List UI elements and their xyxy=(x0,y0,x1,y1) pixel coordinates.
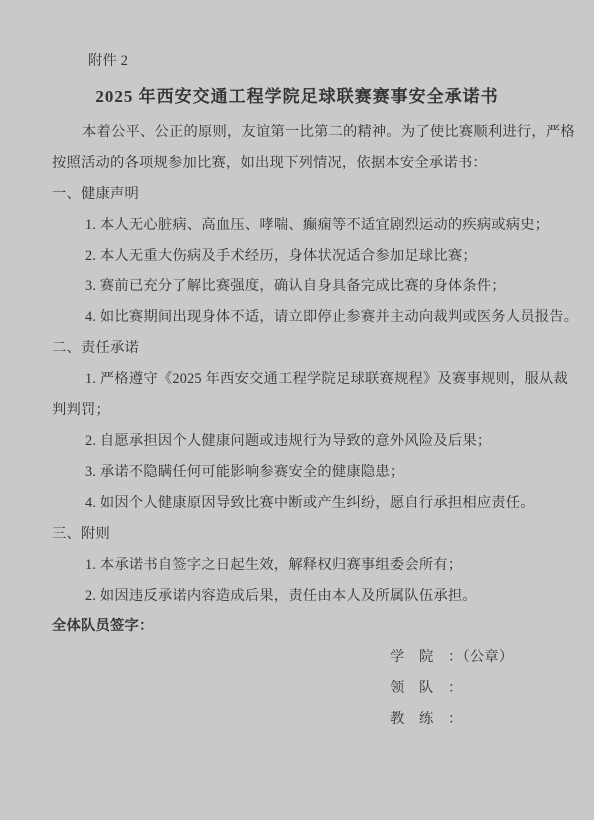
section-heading-supplementary: 三、附则 xyxy=(52,519,542,550)
document-page: 附件 2 2025 年西安交通工程学院足球联赛赛事安全承诺书 本着公平、公正的原… xyxy=(0,0,594,820)
supplementary-item-2: 2. 如因违反承诺内容造成后果，责任由本人及所属队伍承担。 xyxy=(52,581,542,612)
intro-line-2: 按照活动的各项规参加比赛，如出现下列情况，依据本安全承诺书： xyxy=(52,148,542,179)
responsibility-item-4: 4. 如因个人健康原因导致比赛中断或产生纠纷，愿自行承担相应责任。 xyxy=(52,488,542,519)
responsibility-item-3: 3. 承诺不隐瞒任何可能影响参赛安全的健康隐患； xyxy=(52,457,542,488)
responsibility-item-1-continuation: 判判罚； xyxy=(52,395,542,426)
health-item-2: 2. 本人无重大伤病及手术经历，身体状况适合参加足球比赛； xyxy=(52,241,542,272)
health-item-3: 3. 赛前已充分了解比赛强度，确认自身具备完成比赛的身体条件； xyxy=(52,271,542,302)
document-title: 2025 年西安交通工程学院足球联赛赛事安全承诺书 xyxy=(52,77,542,117)
signature-field-college: 学 院 ：（公章） xyxy=(52,642,542,673)
responsibility-item-1: 1. 严格遵守《2025 年西安交通工程学院足球联赛规程》及赛事规则，服从裁 xyxy=(52,364,542,395)
signature-field-team-leader: 领 队 ： xyxy=(52,673,542,704)
health-item-1: 1. 本人无心脏病、高血压、哮喘、癫痫等不适宜剧烈运动的疾病或病史； xyxy=(52,210,542,241)
section-heading-health: 一、健康声明 xyxy=(52,179,542,210)
health-item-4: 4. 如比赛期间出现身体不适，请立即停止参赛并主动向裁判或医务人员报告。 xyxy=(52,302,542,333)
intro-line-1: 本着公平、公正的原则，友谊第一比第二的精神。为了使比赛顺利进行，严格 xyxy=(52,117,542,148)
signature-field-coach: 教 练 ： xyxy=(52,704,542,735)
supplementary-item-1: 1. 本承诺书自签字之日起生效，解释权归赛事组委会所有； xyxy=(52,550,542,581)
signature-heading: 全体队员签字： xyxy=(52,611,542,642)
responsibility-item-2: 2. 自愿承担因个人健康问题或违规行为导致的意外风险及后果； xyxy=(52,426,542,457)
section-heading-responsibility: 二、责任承诺 xyxy=(52,333,542,364)
attachment-label: 附件 2 xyxy=(52,46,542,77)
document-content: 附件 2 2025 年西安交通工程学院足球联赛赛事安全承诺书 本着公平、公正的原… xyxy=(0,0,594,735)
